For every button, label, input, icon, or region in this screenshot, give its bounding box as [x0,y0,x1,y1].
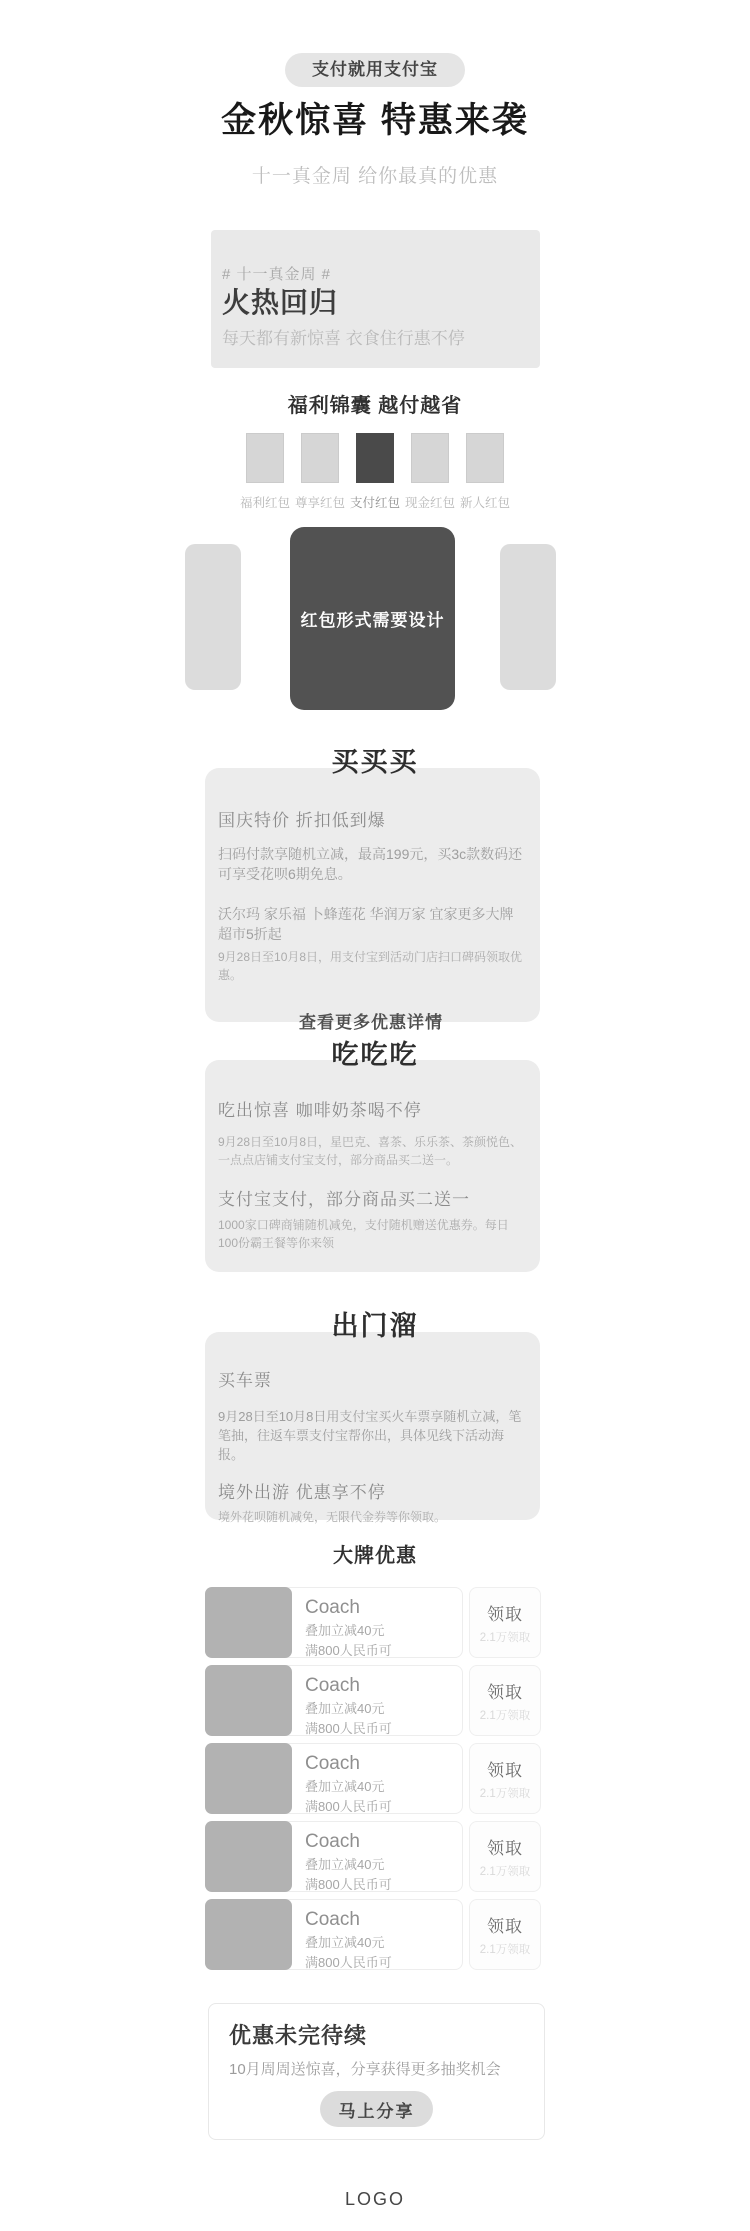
eat-section-card: 吃出惊喜 咖啡奶茶喝不停 9月28日至10月8日，星巴克、喜茶、乐乐茶、茶颜悦色… [205,1060,540,1272]
coupon-condition: 满800人民币可 [305,1720,392,1735]
welfare-packet-row: 福利红包 尊享红包 支付红包 现金红包 新人红包 [0,433,750,511]
claim-count: 2.1万领取 [480,1785,531,1801]
coupon-card[interactable]: Coach 叠加立减40元 满800人民币可 [205,1743,463,1814]
footer-logo: LOGO [0,2189,750,2210]
coupon-card[interactable]: Coach 叠加立减40元 满800人民币可 [205,1587,463,1658]
share-button[interactable]: 马上分享 [320,2091,433,2127]
coupon-card[interactable]: Coach 叠加立减40元 满800人民币可 [205,1821,463,1892]
eat-heading-1: 吃出惊喜 咖啡奶茶喝不停 [218,1096,524,1121]
welfare-packet-xinren[interactable]: 新人红包 [458,433,513,511]
coupon-row: Coach 叠加立减40元 满800人民币可 领取 2.1万领取 [205,1899,541,1970]
coupon-row: Coach 叠加立减40元 满800人民币可 领取 2.1万领取 [205,1665,541,1736]
packet-label: 新人红包 [460,493,510,511]
coupon-condition: 满800人民币可 [305,1876,392,1891]
share-card-subtitle: 10月周周送惊喜，分享获得更多抽奖机会 [229,2058,524,2079]
coupon-row: Coach 叠加立减40元 满800人民币可 领取 2.1万领取 [205,1743,541,1814]
packet-thumbnail-selected [356,433,394,483]
coupon-benefit: 叠加立减40元 [305,1622,392,1639]
claim-label: 领取 [487,1600,523,1625]
packet-label: 尊享红包 [295,493,345,511]
travel-heading-1: 买车票 [218,1366,524,1391]
claim-count: 2.1万领取 [480,1629,531,1645]
coupon-brand: Coach [305,1597,392,1619]
packet-thumbnail [246,433,284,483]
brand-image-placeholder [205,1743,292,1814]
welfare-packet-fuli[interactable]: 福利红包 [238,433,293,511]
welfare-section-title: 福利锦囊 越付越省 [0,389,750,418]
packet-label: 支付红包 [350,493,400,511]
claim-button[interactable]: 领取 2.1万领取 [469,1743,541,1814]
banner-title: 火热回归 [222,287,530,319]
coupon-condition: 满800人民币可 [305,1642,392,1657]
claim-label: 领取 [487,1912,523,1937]
claim-label: 领取 [487,1834,523,1859]
brand-image-placeholder [205,1587,292,1658]
buy-section-title: 买买买 [0,746,750,778]
coupon-benefit: 叠加立减40元 [305,1934,392,1951]
claim-button[interactable]: 领取 2.1万领取 [469,1587,541,1658]
claim-label: 领取 [487,1678,523,1703]
coupon-brand: Coach [305,1909,392,1931]
promo-page: 支付就用支付宝 金秋惊喜 特惠来袭 十一真金周 给你最真的优惠 # 十一真金周 … [0,0,750,2231]
buy-note: 9月28日至10月8日，用支付宝到活动门店扫口碑码领取优惠。 [218,948,524,984]
eat-note-2: 1000家口碑商铺随机减免，支付随机赠送优惠券。每日100份霸王餐等你来领 [218,1216,524,1252]
eat-section-title: 吃吃吃 [0,1039,750,1071]
claim-button[interactable]: 领取 2.1万领取 [469,1899,541,1970]
travel-note: 境外花呗随机减免，无限代金券等你领取。 [218,1508,524,1526]
coupon-condition: 满800人民币可 [305,1954,392,1969]
banner-subtitle: 每天都有新惊喜 衣食住行惠不停 [222,324,530,349]
packet-thumbnail [411,433,449,483]
hero-banner: # 十一真金周 # 火热回归 每天都有新惊喜 衣食住行惠不停 [211,230,540,368]
coupon-benefit: 叠加立减40元 [305,1700,392,1717]
coupon-card[interactable]: Coach 叠加立减40元 满800人民币可 [205,1899,463,1970]
carousel-prev-card[interactable] [185,544,241,690]
banner-hashtag: # 十一真金周 # [222,263,530,284]
carousel-current-card[interactable]: 红包形式需要设计 [290,527,455,710]
view-more-link[interactable]: 查看更多优惠详情 [218,1008,524,1033]
brand-image-placeholder [205,1899,292,1970]
claim-label: 领取 [487,1756,523,1781]
coupons-section-title: 大牌优惠 [0,1539,750,1568]
packet-thumbnail [466,433,504,483]
coupon-benefit: 叠加立减40元 [305,1778,392,1795]
welfare-packet-zhifu-selected[interactable]: 支付红包 [348,433,403,511]
travel-paragraph-1: 9月28日至10月8日用支付宝买火车票享随机立减，笔笔抽，往返车票支付宝帮你出，… [218,1407,524,1464]
coupon-row: Coach 叠加立减40元 满800人民币可 领取 2.1万领取 [205,1821,541,1892]
coupon-brand: Coach [305,1831,392,1853]
page-subtitle: 十一真金周 给你最真的优惠 [0,161,750,188]
claim-button[interactable]: 领取 2.1万领取 [469,1821,541,1892]
buy-paragraph-2: 沃尔玛 家乐福 卜蜂莲花 华润万家 宜家更多大牌超市5折起 [218,904,524,944]
travel-section-title: 出门溜 [0,1310,750,1342]
claim-button[interactable]: 领取 2.1万领取 [469,1665,541,1736]
coupon-row: Coach 叠加立减40元 满800人民币可 领取 2.1万领取 [205,1587,541,1658]
coupon-brand: Coach [305,1753,392,1775]
page-title: 金秋惊喜 特惠来袭 [0,101,750,141]
claim-count: 2.1万领取 [480,1863,531,1879]
welfare-packet-zunxiang[interactable]: 尊享红包 [293,433,348,511]
brand-image-placeholder [205,1665,292,1736]
coupon-list: Coach 叠加立减40元 满800人民币可 领取 2.1万领取 Coach 叠… [205,1587,541,1977]
buy-heading: 国庆特价 折扣低到爆 [218,806,524,831]
packet-carousel: 红包形式需要设计 [0,527,750,710]
packet-thumbnail [301,433,339,483]
eat-note-1: 9月28日至10月8日，星巴克、喜茶、乐乐茶、茶颜悦色、一点点店铺支付宝支付，部… [218,1133,524,1169]
buy-section-card: 国庆特价 折扣低到爆 扫码付款享随机立减，最高199元，买3c款数码还可享受花呗… [205,768,540,1022]
carousel-next-card[interactable] [500,544,556,690]
top-badge: 支付就用支付宝 [285,53,465,87]
share-card: 优惠未完待续 10月周周送惊喜，分享获得更多抽奖机会 马上分享 [208,2003,545,2140]
share-card-title: 优惠未完待续 [229,2019,524,2050]
welfare-packet-xianjin[interactable]: 现金红包 [403,433,458,511]
claim-count: 2.1万领取 [480,1941,531,1957]
travel-heading-2: 境外出游 优惠享不停 [218,1478,524,1503]
buy-paragraph-1: 扫码付款享随机立减，最高199元，买3c款数码还可享受花呗6期免息。 [218,844,524,884]
travel-section-card: 买车票 9月28日至10月8日用支付宝买火车票享随机立减，笔笔抽，往返车票支付宝… [205,1332,540,1520]
brand-image-placeholder [205,1821,292,1892]
coupon-brand: Coach [305,1675,392,1697]
packet-label: 福利红包 [240,493,290,511]
claim-count: 2.1万领取 [480,1707,531,1723]
coupon-condition: 满800人民币可 [305,1798,392,1813]
coupon-benefit: 叠加立减40元 [305,1856,392,1873]
coupon-card[interactable]: Coach 叠加立减40元 满800人民币可 [205,1665,463,1736]
packet-label: 现金红包 [405,493,455,511]
eat-heading-2: 支付宝支付，部分商品买二送一 [218,1185,524,1210]
